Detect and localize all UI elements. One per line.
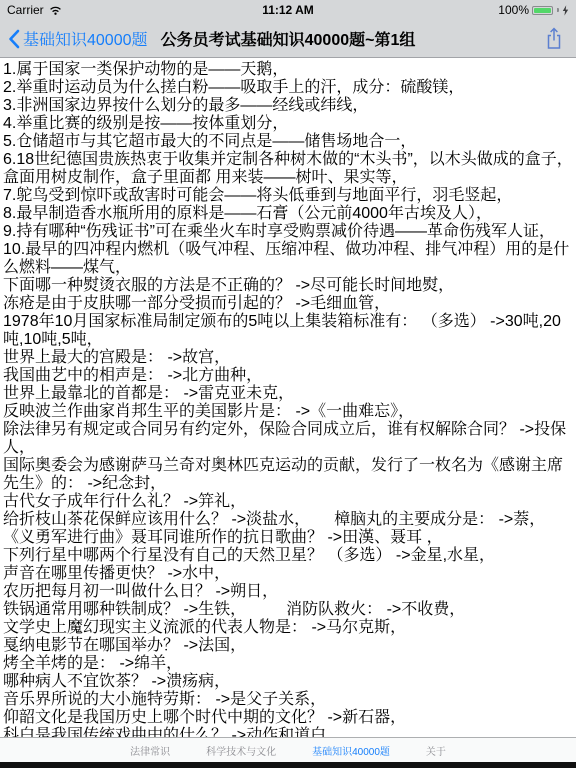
content-line: 给折枝山茶花保鲜应该用什么？ ->淡盐水， 樟脑丸的主要成分是： ->萘， [3,511,574,529]
content-line: 戛纳电影节在哪国举办？ ->法国， [3,637,574,655]
content-line: 《义勇军进行曲》聂耳同谁所作的抗日歌曲？ ->田漢、聂耳 ， [3,529,574,547]
status-time: 11:12 AM [0,3,576,17]
content-line: 古代女子成年行什么礼？ ->笄礼， [3,493,574,511]
content-line: 9.持有哪种“伤残证书”可在乘坐火车时享受购票减价待遇——革命伤残军人证， [3,223,574,241]
chevron-left-icon [8,29,20,49]
content-line: 10.最早的四冲程内燃机（吸气冲程、压缩冲程、做功冲程、排气冲程）用的是什么燃料… [3,241,574,277]
content-line: 世界上最靠北的首都是： ->雷克亚未克， [3,385,574,403]
question-list[interactable]: 1.属于国家一类保护动物的是——天鹅，2.举重时运动员为什么搓白粉——吸取手上的… [0,58,576,737]
back-button[interactable]: 基础知识40000题 [8,27,148,50]
content-line: 除法律另有规定或合同另有约定外，保险合同成立后，谁有权解除合同？ ->投保人， [3,421,574,457]
content-line: 下面哪一种熨烫衣服的方法是不正确的？ ->尽可能长时间地熨， [3,277,574,295]
tab-item[interactable]: 关于 [426,743,446,758]
content-line: 我国曲艺中的相声是： ->北方曲种， [3,367,574,385]
content-line: 4.举重比赛的级别是按——按体重划分， [3,115,574,133]
content-line: 音乐界所说的大小施特劳斯： ->是父子关系， [3,691,574,709]
content-line: 铁锅通常用哪种铁制成？ ->生铁， 消防队救火： ->不收费， [3,601,574,619]
content-line: 烤全羊烤的是： ->绵羊， [3,655,574,673]
battery-full-icon [532,6,553,15]
charging-bolt-icon [562,5,569,16]
nav-bar: 基础知识40000题 公务员考试基础知识40000题~第1组 [0,20,576,58]
content-line: 声音在哪里传播更快？ ->水中， [3,565,574,583]
content-line: 下列行星中哪两个行星没有自己的天然卫星？ （多选） ->金星,水星， [3,547,574,565]
content-line: 2.举重时运动员为什么搓白粉——吸取手上的汗，成分：硫酸镁， [3,79,574,97]
tab-item[interactable]: 科学技术与文化 [206,743,276,758]
content-line: 农历把每月初一叫做什么日？ ->朔日， [3,583,574,601]
wifi-icon [49,5,62,15]
content-line: 哪种病人不宜饮茶？ ->溃疡病， [3,673,574,691]
tab-item[interactable]: 法律常识 [130,743,170,758]
status-bar: Carrier 11:12 AM 100% [0,0,576,20]
carrier-label: Carrier [7,3,44,17]
tab-bar: 法律常识科学技术与文化基础知识40000题关于 [0,737,576,762]
content-line: 文学史上魔幻现实主义流派的代表人物是： ->马尔克斯， [3,619,574,637]
content-line: 国际奥委会为感谢萨马兰奇对奥林匹克运动的贡献，发行了一枚名为《感谢主席先生》的：… [3,457,574,493]
content-line: 8.最早制造香水瓶所用的原料是——石膏（公元前4000年古埃及人）， [3,205,574,223]
share-button[interactable] [545,27,563,50]
content-line: 世界上最大的宫殿是： ->故宫， [3,349,574,367]
content-line: 5.仓储超市与其它超市最大的不同点是——储售场地合一， [3,133,574,151]
tab-item[interactable]: 基础知识40000题 [312,743,390,758]
content-line: 1978年10月国家标准局制定颁布的5吨以上集装箱标准有： （多选） ->30吨… [3,313,574,349]
content-line: 1.属于国家一类保护动物的是——天鹅， [3,61,574,79]
content-line: 仰韶文化是我国历史上哪个时代中期的文化？ ->新石器， [3,709,574,727]
battery-tip [557,8,559,12]
bottom-strip [0,762,576,768]
content-line: 3.非洲国家边界按什么划分的最多——经线或纬线， [3,97,574,115]
content-line: 冻疮是由于皮肤哪一部分受损而引起的？ ->毛细血管， [3,295,574,313]
back-label: 基础知识40000题 [23,27,148,50]
content-line: 6.18世纪德国贵族热衷于收集并定制各种树木做的“木头书”，以木头做成的盒子，盒… [3,151,574,187]
share-icon [545,27,563,50]
battery-percent: 100% [498,3,529,17]
content-line: 科白是我国传统戏曲中的什么？ ->动作和道白， [3,727,574,737]
content-line: 反映波兰作曲家肖邦生平的美国影片是： ->《一曲难忘》， [3,403,574,421]
content-line: 7.鸵鸟受到惊吓或敌害时可能会——将头低垂到与地面平行，羽毛竖起， [3,187,574,205]
